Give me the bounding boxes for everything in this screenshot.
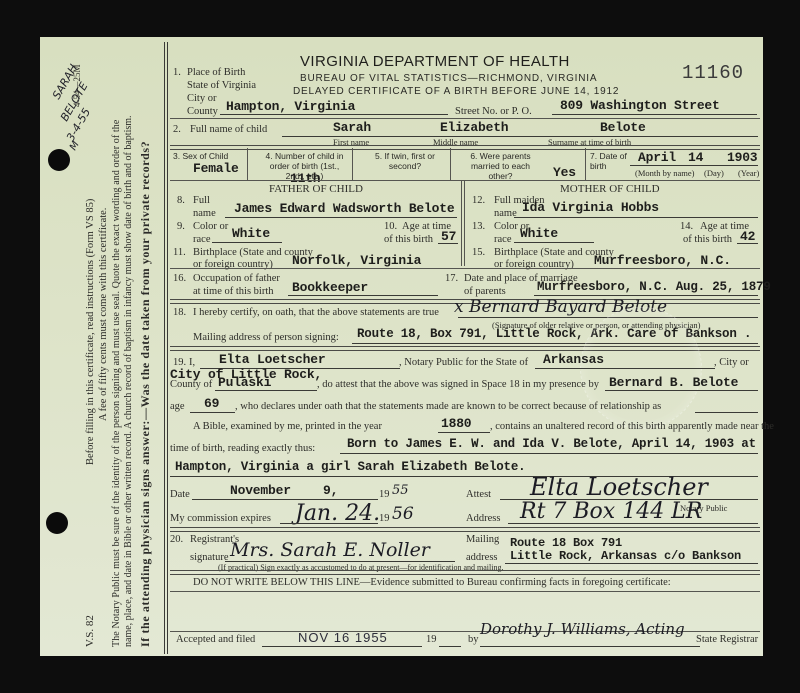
underline (438, 243, 458, 244)
hole-punch-top (48, 149, 70, 171)
underline (605, 390, 758, 391)
county-value: Pulaski (218, 375, 271, 390)
birth-certificate: SARAH BELOTE 3-4-55 M 4-54—25M Before fi… (40, 37, 763, 656)
registrant-mailing-line2: Little Rock, Arkansas c/o Bankson (510, 549, 741, 563)
column-divider (585, 148, 586, 180)
attest-label: Attest (466, 489, 491, 500)
underline (514, 242, 594, 243)
marriage-value: Murfreesboro, N.C. Aug. 25, 1879 (537, 280, 771, 294)
underline (192, 499, 378, 500)
father-age-label: of this birth (384, 234, 433, 245)
state-label: State of Virginia (187, 80, 256, 91)
dob-day: 14 (688, 150, 703, 165)
underline (190, 412, 235, 413)
notary-name-value: Elta Loetscher (219, 352, 325, 367)
year-prefix: 19 (379, 513, 390, 524)
bible-text: , contains an unaltered record of this b… (490, 421, 774, 432)
registrant-mailing-label: Mailing (466, 534, 499, 545)
frame-divider (164, 42, 165, 654)
year-prefix: 19 (426, 634, 437, 645)
form-number: V.S. 82 (84, 615, 96, 647)
mother-name-value: Ida Virginia Hobbs (522, 200, 659, 215)
father-occupation-label: Occupation of father (193, 273, 280, 284)
father-race-label: race (193, 234, 210, 245)
underline (262, 646, 422, 647)
column-divider (352, 148, 353, 180)
instruction-notary-2: name, place, and date in Bible or other … (123, 115, 134, 647)
underline (438, 432, 490, 433)
by-label: by (468, 634, 479, 645)
county-label: County of (170, 379, 212, 390)
child-middle-name: Elizabeth (440, 120, 508, 135)
birth-city-value: Hampton, Virginia (226, 99, 355, 114)
father-birthplace-value: Norfolk, Virginia (292, 253, 421, 268)
dob-month-caption: (Month by name) (635, 168, 695, 178)
print-code: 4-54—25M (72, 65, 82, 108)
county-label: County (187, 106, 218, 117)
underline (534, 295, 758, 296)
notary-address-value: Rt 7 Box 144 LR (520, 499, 702, 524)
father-race-label: Color or (193, 221, 228, 232)
mailing-address-label: Mailing address of person signing: (193, 332, 339, 343)
underline (737, 243, 758, 244)
street-value: 809 Washington Street (560, 98, 720, 113)
frame-divider (167, 42, 168, 654)
registrar-signature: Dorothy J. Williams, Acting (480, 620, 685, 638)
commission-label: My commission expires (170, 513, 271, 524)
dob-year: 1903 (727, 150, 757, 165)
underline (439, 646, 461, 647)
field-number: 13. (472, 221, 485, 232)
notary-attest-signature: Elta Loetscher (530, 473, 708, 501)
row-divider (170, 180, 760, 181)
bureau-note: DO NOT WRITE BELOW THIS LINE—Evidence su… (193, 577, 671, 588)
age-label: age (170, 401, 185, 412)
registrant-label: signature (190, 552, 229, 563)
row-divider (170, 527, 760, 532)
underline (288, 295, 438, 296)
underline (630, 165, 758, 166)
underline (220, 114, 448, 115)
field-number: 10. (384, 221, 397, 232)
certificate-subtitle: DELAYED CERTIFICATE OF A BIRTH BEFORE JU… (293, 86, 619, 97)
mother-birthplace-value: Murfreesboro, N.C. (594, 253, 731, 268)
father-name-label: Full (193, 195, 210, 206)
bible-year-value: 1880 (441, 416, 471, 431)
reading-label: time of birth, reading exactly thus: (170, 443, 315, 454)
father-heading: FATHER OF CHILD (269, 183, 363, 195)
row-divider (170, 118, 760, 119)
notary-state-label: , Notary Public for the State of (399, 357, 528, 368)
dob-day-caption: (Day) (704, 168, 724, 178)
parents-married-label: 6. Were parents married to each other? (463, 151, 538, 181)
field-number: 2. (173, 124, 181, 135)
place-of-birth-label: Place of Birth (187, 67, 245, 78)
field-number: 15. (472, 247, 485, 258)
mother-race-label: race (494, 234, 511, 245)
instruction-fee: A fee of fifty cents must come with this… (98, 208, 109, 421)
commission-year-value: 56 (392, 504, 414, 524)
father-name-value: James Edward Wadsworth Belote (234, 201, 454, 216)
instruction-notary-1: The Notary Public must be sure of the id… (111, 120, 122, 647)
filed-date-stamp: NOV 16 1955 (298, 630, 388, 645)
accepted-filed-label: Accepted and filed (176, 634, 255, 645)
signer-age-value: 69 (204, 396, 219, 411)
underline (215, 390, 317, 391)
street-label: Street No. or P. O. (455, 106, 532, 117)
underline (212, 242, 282, 243)
underline (280, 523, 378, 524)
sex-value: Female (193, 161, 239, 176)
certificate-number: 11160 (682, 62, 744, 84)
city-or-label: , City or (714, 357, 749, 368)
row-divider (170, 268, 760, 269)
field-number: 11. (173, 247, 186, 258)
row-divider (170, 591, 760, 592)
notary-date-year: 55 (392, 483, 409, 498)
mother-heading: MOTHER OF CHILD (560, 183, 660, 195)
bible-reading-line1: Born to James E. W. and Ida V. Belote, A… (347, 437, 756, 451)
field-number: 12. (472, 195, 485, 206)
year-prefix: 19 (379, 489, 390, 500)
attest-text: , do attest that the above was signed in… (317, 379, 599, 390)
notary-date-month: November (230, 483, 291, 498)
mother-race-value: White (520, 226, 558, 241)
row-divider (170, 570, 760, 575)
registrant-mailing-label: address (466, 552, 498, 563)
margin-handwritten-note: M (68, 140, 82, 153)
sex-label: 3. Sex of Child (173, 151, 243, 161)
underline (225, 561, 455, 562)
father-occupation-label: at time of this birth (193, 286, 274, 297)
field-number: 17. (445, 273, 458, 284)
marriage-label: of parents (464, 286, 506, 297)
instruction-fill: Before filling in this certificate, read… (85, 199, 96, 465)
field-number: 18. (173, 307, 186, 318)
bible-text: A Bible, examined by me, printed in the … (193, 421, 382, 432)
bible-reading-line2: Hampton, Virginia a girl Sarah Elizabeth… (175, 460, 525, 474)
column-divider (450, 148, 451, 180)
signer-name-value: Bernard B. Belote (609, 375, 738, 390)
father-mother-divider (464, 180, 465, 266)
relationship-field (695, 412, 758, 413)
declares-text: , who declares under oath that the state… (235, 401, 661, 412)
instruction-physician: If the attending physician signs answer:… (138, 141, 153, 647)
twin-label: 5. If twin, first or second? (375, 151, 435, 171)
field-number: 1. (173, 67, 181, 78)
underline (535, 368, 715, 369)
notary-state-value: Arkansas (543, 352, 604, 367)
bureau-subtitle: BUREAU OF VITAL STATISTICS—RICHMOND, VIR… (300, 73, 597, 84)
underline (505, 563, 758, 564)
mother-age-label: of this birth (683, 234, 732, 245)
dob-label: 7. Date of birth (590, 151, 632, 171)
dob-year-caption: (Year) (738, 168, 759, 178)
registrant-signature: Mrs. Sarah E. Noller (230, 539, 430, 561)
notary-date-day: 9, (323, 483, 338, 498)
page-title: VIRGINIA DEPARTMENT OF HEALTH (300, 53, 570, 70)
column-divider (247, 148, 248, 180)
child-surname: Belote (600, 120, 646, 135)
father-age-value: 57 (441, 229, 456, 244)
notary-address-label: Address (466, 513, 500, 524)
registrant-mailing-line1: Route 18 Box 791 (510, 536, 622, 550)
underline (514, 217, 758, 218)
field-number: 8. (177, 195, 185, 206)
underline (552, 114, 757, 115)
father-name-label: name (193, 208, 216, 219)
child-name-label: Full name of child (190, 124, 267, 135)
underline (225, 217, 457, 218)
date-label: Date (170, 489, 190, 500)
father-race-value: White (232, 226, 270, 241)
field-number: 9. (177, 221, 185, 232)
father-occupation-value: Bookkeeper (292, 280, 368, 295)
parents-married-value: Yes (553, 165, 576, 180)
certify-statement: I hereby certify, on oath, that the abov… (193, 307, 439, 318)
mother-age-value: 42 (740, 229, 755, 244)
father-mother-divider (461, 180, 462, 266)
dob-month: April (638, 150, 676, 165)
field-number: 14. (680, 221, 693, 232)
city-label: City or (187, 93, 216, 104)
field-number: 20. (170, 534, 183, 545)
underline (480, 646, 700, 647)
state-registrar-label: State Registrar (696, 634, 758, 645)
hole-punch-bottom (46, 512, 68, 534)
child-first-name: Sarah (333, 120, 371, 135)
field-number: 16. (173, 273, 186, 284)
underline (508, 523, 758, 524)
underline (340, 453, 758, 454)
